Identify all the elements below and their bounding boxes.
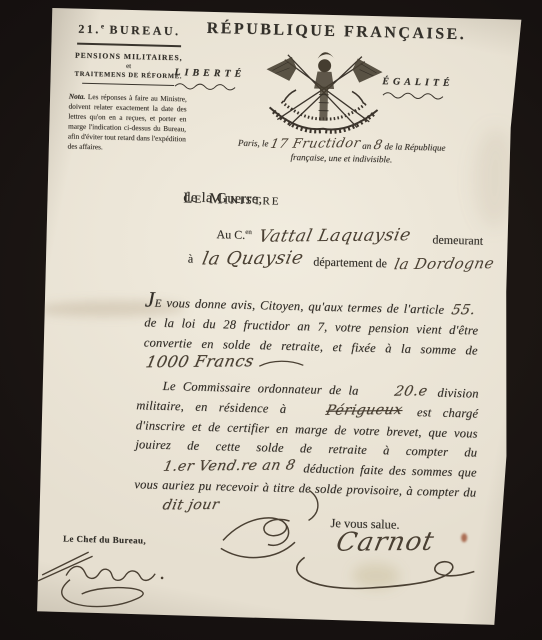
p1-printed-text: de la loi du 28 fructidor an 7, votre pe… <box>144 315 479 357</box>
bureau-title: 21.e BUREAU. <box>78 22 181 38</box>
nota-paragraph: Nota. Les réponses à faire au Ministre, … <box>64 91 189 154</box>
hand-pension-sum: 1000 Francs <box>146 361 254 362</box>
p2-printed-text: Le Commissaire ordonnateur de la <box>163 379 359 398</box>
dateline-hand-date: 17 Fructidor <box>269 136 362 152</box>
document-paper: 21.e BUREAU. PENSIONS MILITAIRES, et TRA… <box>35 7 522 626</box>
carnot-signature: Carnot <box>334 527 437 558</box>
body-paragraph-1: JE vous donne avis, Citoyen, qu'aux term… <box>143 293 479 380</box>
nota-lead: Nota. <box>69 91 86 100</box>
carnot-signature-flourish <box>288 553 485 604</box>
dateline-hand-year: 8 <box>372 138 384 153</box>
paragraph-lead-initial: J <box>145 286 156 311</box>
at-label: à <box>188 251 194 265</box>
dateline-suffix: de la République <box>384 141 445 152</box>
to-prefix: Au C.en <box>216 227 252 242</box>
paper-stain <box>461 533 467 542</box>
bureau-number-sup: e <box>101 22 104 30</box>
recipient-line-2: à la Quaysie département de la Dordogne <box>188 246 495 274</box>
bureau-number: 21. <box>78 22 101 37</box>
to-prefix-sup: en <box>245 228 252 236</box>
bureau-et-line: et <box>67 60 191 71</box>
recipient-line-1: Au C.en Vattal Laquaysie demeurant <box>216 223 483 250</box>
departement-label: département de <box>313 255 387 271</box>
demeurant-label: demeurant <box>432 232 483 247</box>
bureau-title-word: BUREAU. <box>109 22 180 38</box>
paragraph-lead-rest: E <box>155 298 162 310</box>
recipient-hand-name: Vattal Laquaysie <box>257 225 413 246</box>
chef-signature-flourish <box>35 539 242 608</box>
pen-flourish-stroke <box>258 358 304 369</box>
hand-same-day: dit jour <box>137 504 220 505</box>
p1-printed-text: vous donne avis, Citoyen, qu'aux termes … <box>166 296 444 317</box>
liberte-underline <box>174 81 244 91</box>
republique-title: RÉPUBLIQUE FRANÇAISE. <box>197 20 475 45</box>
bureau-block: 21.e BUREAU. PENSIONS MILITAIRES, et TRA… <box>64 19 191 154</box>
nota-text: Les réponses à faire au Ministre, doiven… <box>68 92 187 151</box>
recipient-hand-place: la Quaysie <box>201 248 306 270</box>
hand-division-number: 20.e <box>369 391 428 392</box>
republican-trophy-vignette-icon <box>259 45 389 144</box>
liberte-label: LIBERTÉ <box>174 67 245 80</box>
egalite-underline <box>382 90 450 100</box>
divider-rule <box>82 83 174 86</box>
bureau-traitemens-line: TRAITEMENS DE RÉFORME. <box>66 70 190 80</box>
egalite-label: ÉGALITÉ <box>382 76 454 89</box>
dateline-an: an <box>362 141 371 151</box>
minister-rest: de la Guerre, <box>183 190 263 208</box>
recipient-hand-departement: la Dordogne <box>393 254 496 273</box>
dateline: Paris, le 17 Fructidor an 8 de la Républ… <box>196 134 487 167</box>
dateline-prefix: Paris, le <box>238 138 269 149</box>
hand-start-date: 1.er Vend.re an 8 <box>137 465 295 467</box>
to-prefix-text: Au C. <box>216 227 245 242</box>
hand-residence: Périgueux <box>300 410 403 411</box>
paraph-flourish <box>212 512 311 566</box>
divider-rule <box>77 43 181 48</box>
